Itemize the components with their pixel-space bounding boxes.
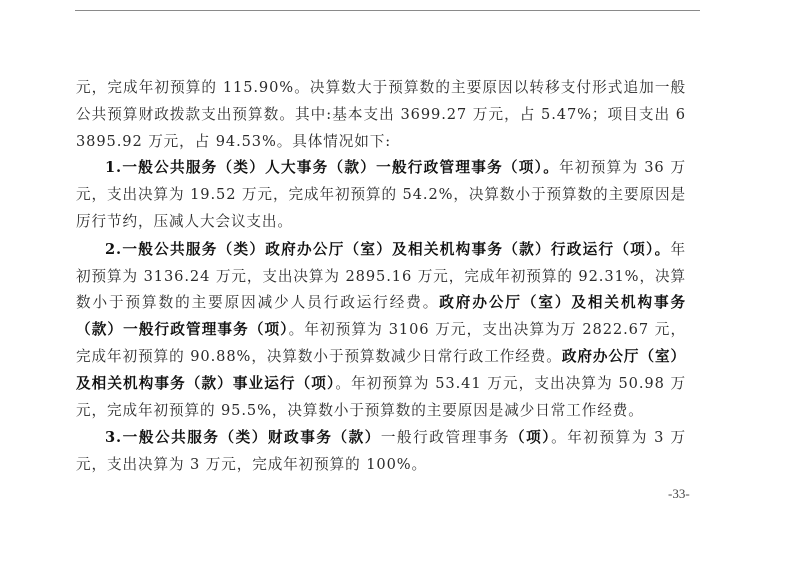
header-rule (75, 10, 700, 11)
document-body: 元，完成年初预算的 115.90%。决算数大于预算数的主要原因以转移支付形式追加… (76, 75, 686, 479)
paragraph-item-3: 3.一般公共服务（类）财政事务（款）一般行政管理事务（项）。年初预算为 3 万元… (76, 425, 686, 479)
item-heading: 3.一般公共服务（类）财政事务（款） (105, 429, 381, 446)
item-heading-suffix: （项） (510, 429, 551, 446)
paragraph-intro: 元，完成年初预算的 115.90%。决算数大于预算数的主要原因以转移支付形式追加… (76, 75, 686, 155)
paragraph-item-1: 1.一般公共服务（类）人大事务（款）一般行政管理事务（项）。年初预算为 36 万… (76, 155, 686, 235)
text-run: 一般行政管理事务 (381, 429, 510, 446)
paragraph-item-2: 2.一般公共服务（类）政府办公厅（室）及相关机构事务（款）行政运行（项）。年初预… (76, 237, 686, 425)
item-heading: 2.一般公共服务（类）政府办公厅（室）及相关机构事务（款）行政运行（项）。 (105, 241, 671, 258)
item-heading: 1.一般公共服务（类）人大事务（款）一般行政管理事务（项）。 (105, 159, 559, 176)
page-number: -33- (668, 486, 690, 502)
text-run: 元，完成年初预算的 115.90%。决算数大于预算数的主要原因以转移支付形式追加… (76, 79, 686, 150)
